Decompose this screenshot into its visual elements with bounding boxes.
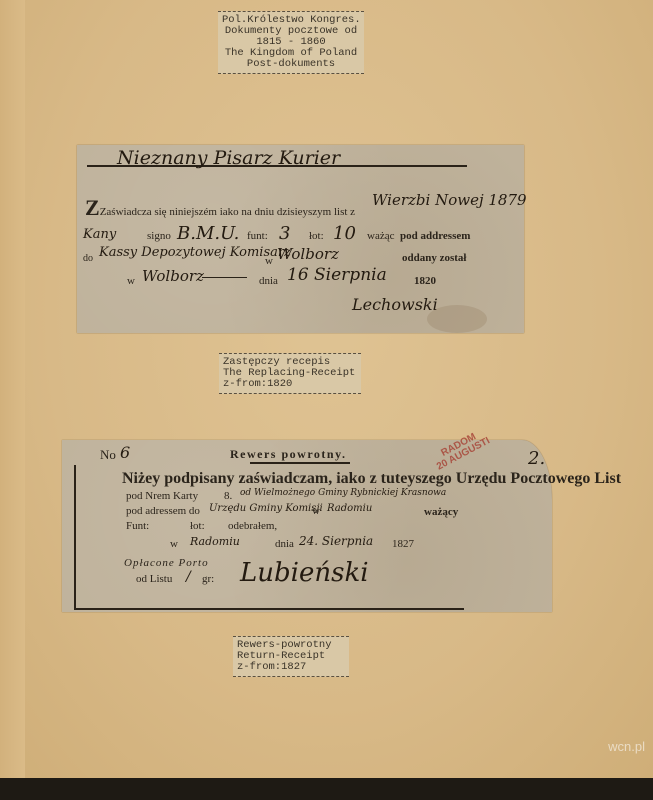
watermark: wcn.pl bbox=[608, 739, 645, 754]
od-listu-label: od Listu bbox=[136, 573, 172, 585]
w2-handwriting: Wolborz bbox=[142, 267, 204, 285]
header-label: Pol.Królestwo Kongres. Dokumenty pocztow… bbox=[218, 11, 364, 74]
water-stain bbox=[427, 305, 487, 333]
postmark-stamp: RADOM 20 AUGUSTI bbox=[431, 427, 492, 472]
header-handwriting: Nieznany Pisarz Kurier bbox=[117, 147, 340, 169]
w2-handwriting: Radomiu bbox=[190, 535, 240, 548]
certify-line: Niżey podpisany zaświadczam, iako z tute… bbox=[122, 470, 621, 488]
number-value: 6 bbox=[120, 443, 130, 462]
gr-label: gr: bbox=[202, 573, 214, 585]
od-listu-value: / bbox=[186, 569, 191, 585]
w-label: w bbox=[265, 255, 273, 267]
return-receipt-label: Rewers-powrotny Return-Receipt z-from:18… bbox=[233, 636, 349, 677]
left-border-rule bbox=[74, 465, 76, 610]
w2-underline bbox=[202, 277, 247, 278]
label-line: z-from:1827 bbox=[237, 662, 345, 673]
karty-value: 8. bbox=[224, 490, 232, 502]
album-page: Pol.Królestwo Kongres. Dokumenty pocztow… bbox=[0, 0, 653, 778]
year-value: 1827 bbox=[392, 538, 414, 550]
header-label-line: Post-dokuments bbox=[222, 59, 360, 70]
w-handwriting: Radomiu bbox=[327, 503, 372, 514]
dnia-handwriting: 16 Sierpnia bbox=[287, 265, 387, 285]
replacing-receipt-document: Nieznany Pisarz Kurier ZZaświadcza się n… bbox=[77, 145, 524, 333]
document-title: Rewers powrotny. bbox=[230, 447, 346, 462]
year-value: 1820 bbox=[414, 275, 436, 287]
kany-handwriting: Kany bbox=[83, 227, 116, 242]
do-label: do bbox=[83, 253, 93, 264]
odebralem-label: odebrałem, bbox=[228, 520, 277, 532]
wazac-label: ważąc bbox=[367, 230, 394, 242]
lot-label: łot: bbox=[309, 230, 324, 242]
w-label: w bbox=[312, 505, 320, 517]
porto-label: Opłacone Porto bbox=[124, 557, 209, 569]
page-fold-edge bbox=[0, 0, 25, 778]
funt-label: funt: bbox=[247, 230, 268, 242]
corner-number: 2. bbox=[528, 448, 545, 469]
dnia-label: dnia bbox=[275, 538, 294, 550]
certify-text: Zaświadcza się niniejszém iako na dniu d… bbox=[100, 206, 355, 218]
label-line: z-from:1820 bbox=[223, 379, 357, 390]
dnia-label: dnia bbox=[259, 275, 278, 287]
dnia-handwriting: 24. Sierpnia bbox=[299, 534, 373, 548]
replacing-receipt-label: Zastępczy recepis The Replacing-Receipt … bbox=[219, 353, 361, 394]
signature: Lechowski bbox=[352, 295, 438, 314]
w-handwriting: Wolborz bbox=[277, 245, 339, 263]
number-label: No bbox=[100, 447, 116, 463]
funt-label: Funt: bbox=[126, 520, 149, 532]
w2-label: w bbox=[170, 538, 178, 550]
w2-label: w bbox=[127, 275, 135, 287]
origin-handwriting: Wierzbi Nowej 1879 bbox=[372, 191, 527, 209]
signo-label: signo bbox=[147, 230, 171, 242]
signature: Lubieński bbox=[240, 558, 369, 588]
oddany-label: oddany został bbox=[402, 252, 467, 264]
pod-addressem-label: pod addressem bbox=[400, 230, 470, 242]
lot-value: 10 bbox=[333, 223, 356, 244]
adressem-label: pod adressem do bbox=[126, 505, 200, 517]
wazacy-label: ważący bbox=[424, 506, 458, 518]
bottom-border-rule bbox=[74, 608, 464, 610]
adressem-handwriting: Urzędu Gminy Komisji bbox=[209, 503, 323, 514]
certify-line: ZZaświadcza się niniejszém iako na dniu … bbox=[85, 195, 355, 221]
funt-value: 3 bbox=[279, 223, 290, 244]
return-receipt-document: No 6 Rewers powrotny. RADOM 20 AUGUSTI 2… bbox=[62, 440, 552, 612]
title-rule bbox=[250, 462, 350, 464]
signo-value: B.M.U. bbox=[177, 223, 239, 244]
karty-label: pod Nrem Karty bbox=[126, 490, 198, 502]
karty-handwriting: od Wielmożnego Gminy Rybnickiej Krasnowa bbox=[240, 488, 446, 498]
do-handwriting: Kassy Depozytowej Komisarz bbox=[99, 245, 291, 260]
lot-label: łot: bbox=[190, 520, 205, 532]
